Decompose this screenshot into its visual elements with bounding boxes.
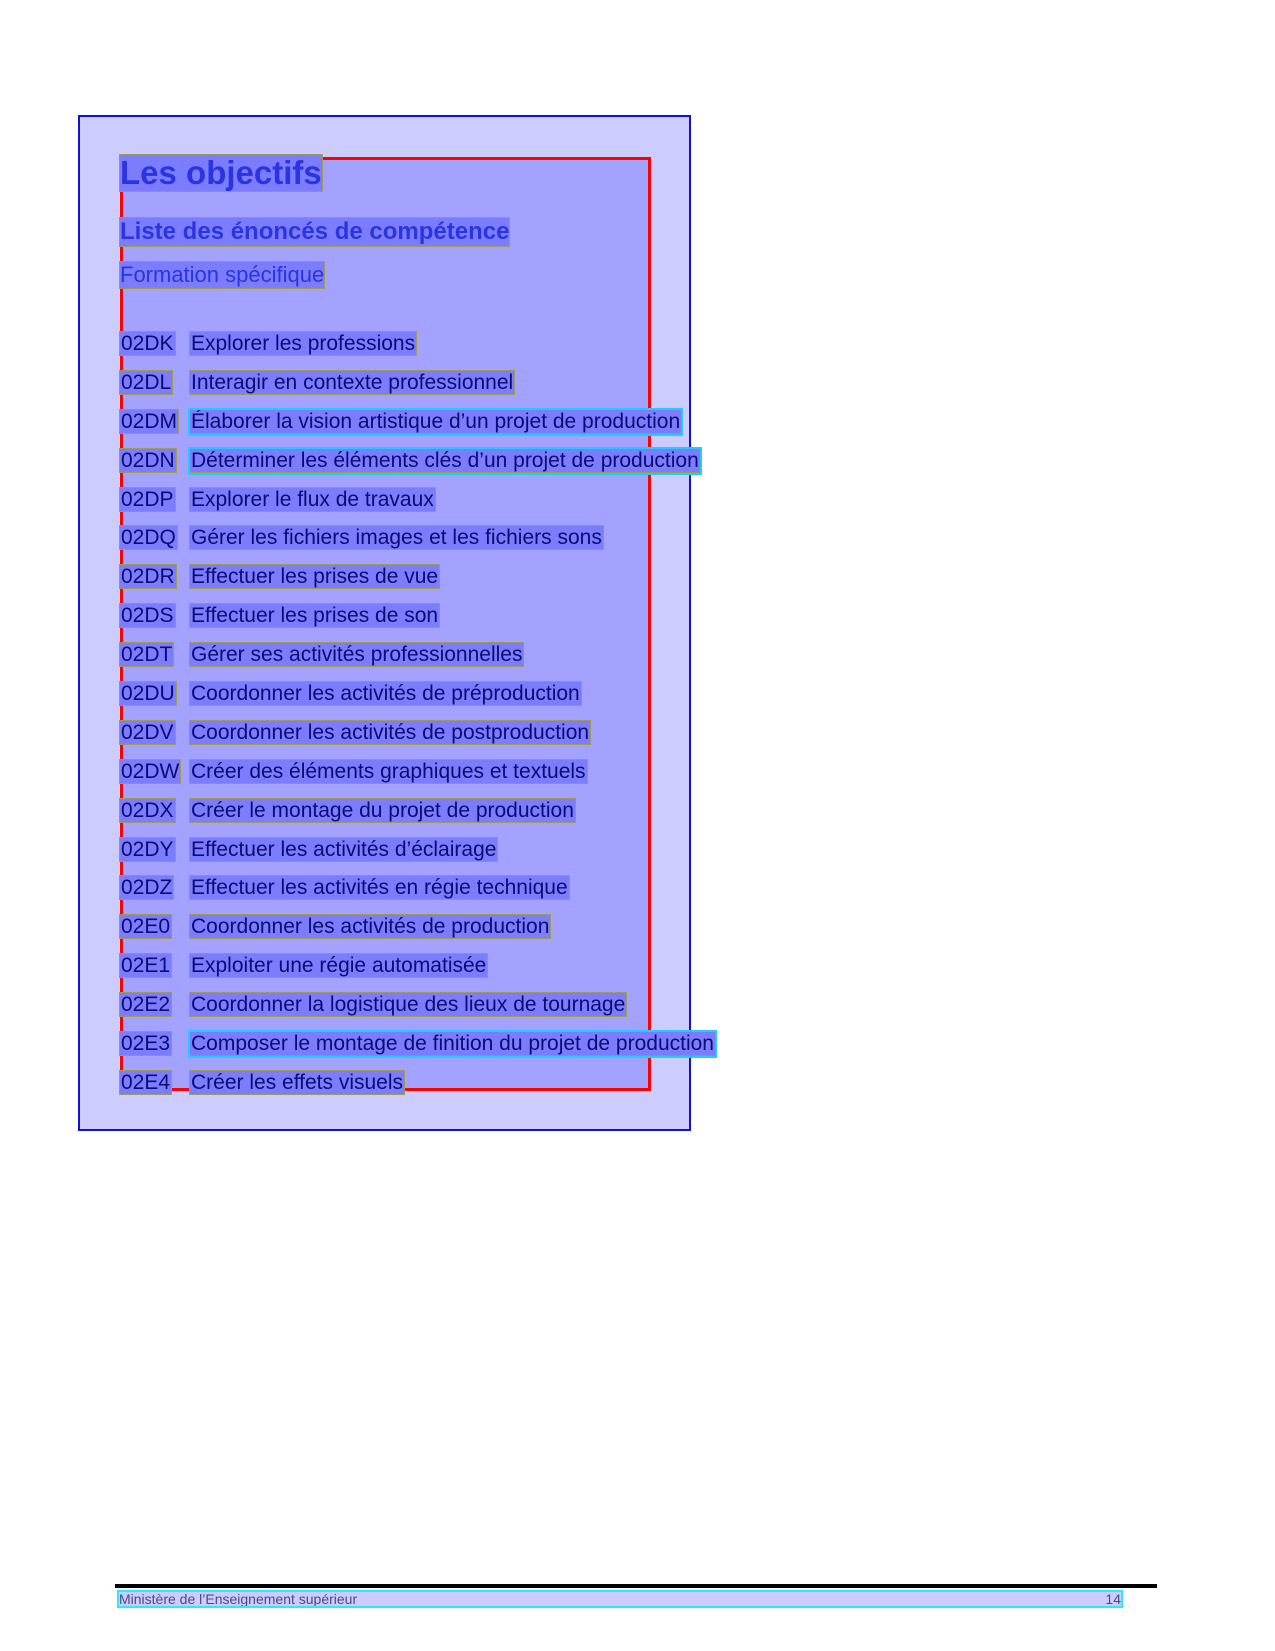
- competency-code: 02DS: [120, 604, 190, 628]
- competency-label: Coordonner les activités de préproductio…: [190, 682, 581, 706]
- competency-label: Effectuer les prises de son: [190, 604, 439, 628]
- page-title: Les objectifs: [120, 155, 322, 191]
- competency-label: Exploiter une régie automatisée: [190, 954, 487, 978]
- list-item: 02DX Créer le montage du projet de produ…: [120, 799, 715, 838]
- section-subheading: Formation spécifique: [120, 262, 324, 288]
- competency-code: 02DL: [120, 371, 190, 395]
- competency-code: 02DK: [120, 332, 190, 356]
- competency-code: 02DQ: [120, 526, 190, 550]
- competency-code: 02E0: [120, 915, 190, 939]
- competency-code: 02DR: [120, 565, 190, 589]
- list-item: 02E2 Coordonner la logistique des lieux …: [120, 993, 715, 1032]
- list-item: 02DQ Gérer les fichiers images et les fi…: [120, 526, 715, 565]
- competency-label: Explorer le flux de travaux: [190, 488, 435, 512]
- competency-code: 02E2: [120, 993, 190, 1017]
- competency-label: Coordonner la logistique des lieux de to…: [190, 993, 626, 1017]
- list-item: 02DY Effectuer les activités d’éclairage: [120, 838, 715, 877]
- competency-code: 02DX: [120, 799, 190, 823]
- list-item: 02E0 Coordonner les activités de product…: [120, 915, 715, 954]
- list-item: 02DS Effectuer les prises de son: [120, 604, 715, 643]
- competency-list: 02DK Explorer les professions 02DL Inter…: [120, 332, 715, 1110]
- section-heading: Liste des énoncés de compétence: [120, 218, 509, 246]
- competency-label: Gérer ses activités professionnelles: [190, 643, 523, 667]
- competency-code: 02E1: [120, 954, 190, 978]
- list-item: 02E4 Créer les effets visuels: [120, 1071, 715, 1110]
- competency-label: Créer des éléments graphiques et textuel…: [190, 760, 587, 784]
- competency-label: Effectuer les prises de vue: [190, 565, 439, 589]
- list-item: 02DP Explorer le flux de travaux: [120, 488, 715, 527]
- list-item: 02DW Créer des éléments graphiques et te…: [120, 760, 715, 799]
- list-item: 02DM Élaborer la vision artistique d’un …: [120, 410, 715, 449]
- competency-code: 02E4: [120, 1071, 190, 1095]
- list-item: 02DR Effectuer les prises de vue: [120, 565, 715, 604]
- competency-code: 02DY: [120, 838, 190, 862]
- footer-publisher: Ministère de l’Enseignement supérieur: [119, 1592, 357, 1606]
- competency-code: 02E3: [120, 1032, 190, 1056]
- list-item: 02DU Coordonner les activités de préprod…: [120, 682, 715, 721]
- competency-code: 02DT: [120, 643, 190, 667]
- competency-code: 02DZ: [120, 876, 190, 900]
- list-item: 02E3 Composer le montage de finition du …: [120, 1032, 715, 1071]
- competency-label: Coordonner les activités de production: [190, 915, 550, 939]
- list-item: 02DN Déterminer les éléments clés d’un p…: [120, 449, 715, 488]
- list-item: 02DK Explorer les professions: [120, 332, 715, 371]
- competency-label: Interagir en contexte professionnel: [190, 371, 514, 395]
- competency-code: 02DW: [120, 760, 190, 784]
- competency-code: 02DM: [120, 410, 190, 434]
- competency-label: Effectuer les activités en régie techniq…: [190, 876, 569, 900]
- competency-label: Déterminer les éléments clés d’un projet…: [190, 449, 700, 473]
- list-item: 02DV Coordonner les activités de postpro…: [120, 721, 715, 760]
- competency-label: Créer les effets visuels: [190, 1071, 404, 1095]
- competency-label: Effectuer les activités d’éclairage: [190, 838, 497, 862]
- footer-divider: [115, 1584, 1157, 1588]
- competency-code: 02DN: [120, 449, 190, 473]
- list-item: 02DL Interagir en contexte professionnel: [120, 371, 715, 410]
- competency-label: Créer le montage du projet de production: [190, 799, 575, 823]
- competency-code: 02DV: [120, 721, 190, 745]
- list-item: 02DT Gérer ses activités professionnelle…: [120, 643, 715, 682]
- competency-label: Composer le montage de finition du proje…: [190, 1032, 715, 1056]
- page-number: 14: [1105, 1592, 1121, 1606]
- competency-label: Coordonner les activités de postproducti…: [190, 721, 590, 745]
- list-item: 02E1 Exploiter une régie automatisée: [120, 954, 715, 993]
- competency-code: 02DP: [120, 488, 190, 512]
- competency-label: Élaborer la vision artistique d’un proje…: [190, 410, 681, 434]
- competency-label: Explorer les professions: [190, 332, 416, 356]
- page-footer: Ministère de l’Enseignement supérieur 14: [119, 1592, 1121, 1606]
- competency-label: Gérer les fichiers images et les fichier…: [190, 526, 603, 550]
- list-item: 02DZ Effectuer les activités en régie te…: [120, 876, 715, 915]
- competency-code: 02DU: [120, 682, 190, 706]
